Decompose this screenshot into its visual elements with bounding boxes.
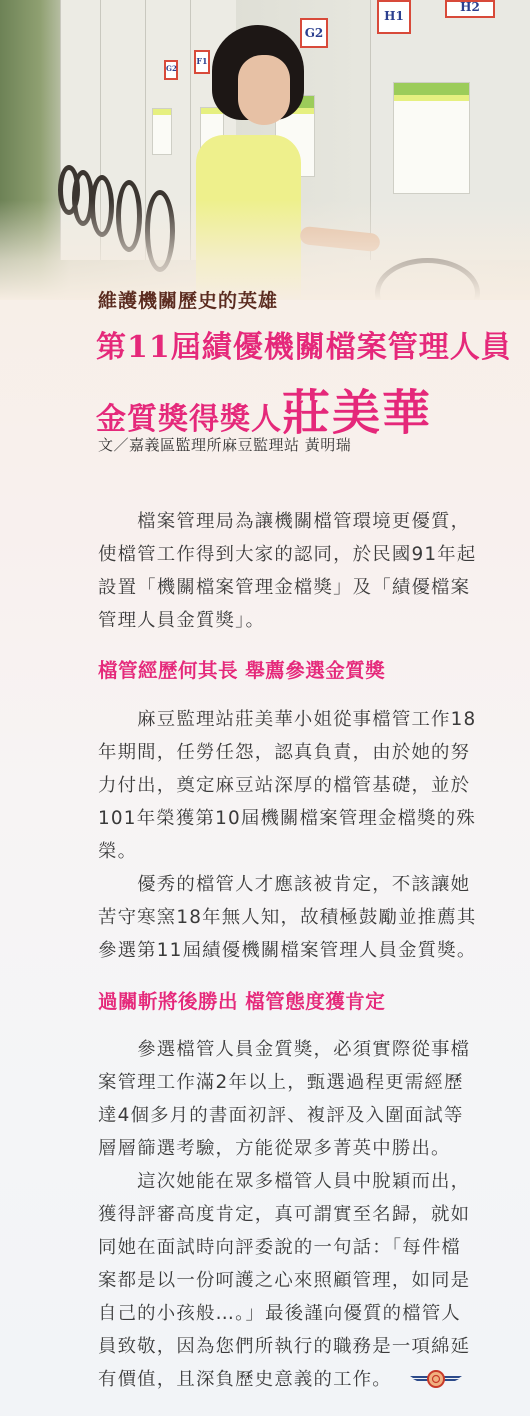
article-kicker: 維護機關歷史的英雄 (98, 286, 278, 313)
text-line: 員致敬，因為您們所執行的職務是一項綿延 (98, 1330, 508, 1363)
text-line: 案管理工作滿2年以上，甄選過程更需經歷 (98, 1066, 508, 1099)
text-line: 年期間，任勞任怨，認真負責，由於她的努 (98, 736, 508, 769)
text-line: 設置「機關檔案管理金檔獎」及「績優檔案 (98, 571, 508, 604)
wall-poster (152, 108, 172, 155)
text-line: 這次她能在眾多檔管人員中脫穎而出， (98, 1165, 508, 1198)
text-line: 自己的小孩般…。」最後謹向優質的檔管人 (98, 1297, 508, 1330)
article-title-line2: 金質獎得獎人莊美華 (96, 374, 432, 443)
text-line: 優秀的檔管人才應該被肯定，不該讓她 (98, 868, 508, 901)
person-face (238, 55, 290, 125)
text-line: 達4個多月的書面初評、複評及入圍面試等 (98, 1099, 508, 1132)
text-line: 同她在面試時向評委說的一句話：「每件檔 (98, 1231, 508, 1264)
title-prefix: 金質獎得獎人 (96, 402, 282, 437)
text-line: 層層篩選考驗，方能從眾多菁英中勝出。 (98, 1132, 508, 1165)
hero-photo: G2 H1 H2 F1 G2 (0, 0, 530, 300)
text-line: 力付出，奠定麻豆站深厚的檔管基礎，並於 (98, 769, 508, 802)
text-line: 案都是以一份呵護之心來照顧管理，如同是 (98, 1264, 508, 1297)
text-line: 參選第11屆績優機關檔案管理人員金質獎。 (98, 934, 508, 967)
text-line: 麻豆監理站莊美華小姐從事檔管工作18 (98, 703, 508, 736)
section-heading: 檔管經歷何其長 舉薦參選金質獎 (98, 655, 385, 683)
shelf-label: F1 (194, 50, 210, 74)
article-title-line1: 第11屆績優機關檔案管理人員 (96, 322, 512, 366)
shelf-label: H1 (377, 0, 411, 34)
winged-emblem-icon (410, 1369, 462, 1389)
text-line: 使檔管工作得到大家的認同，於民國91年起 (98, 538, 508, 571)
text-line: 檔案管理局為讓機關檔管環境更優質， (98, 505, 508, 538)
awardee-name: 莊美華 (282, 385, 432, 441)
section2-paragraph2: 這次她能在眾多檔管人員中脫穎而出， 獲得評審高度肯定，真可謂實至名歸，就如 同她… (98, 1165, 508, 1396)
byline: 文／嘉義區監理所麻豆監理站 黃明瑞 (98, 434, 351, 455)
shelf-label: G2 (300, 18, 328, 48)
text-line: 苦守寒窯18年無人知，故積極鼓勵並推薦其 (98, 901, 508, 934)
text-line: 管理人員金質獎」。 (98, 604, 508, 637)
photo-fade (0, 200, 530, 300)
text-line: 參選檔管人員金質獎，必須實際從事檔 (98, 1033, 508, 1066)
section-heading: 過關斬將後勝出 檔管態度獲肯定 (98, 986, 385, 1014)
wall-poster (393, 82, 470, 194)
section1-paragraph1: 麻豆監理站莊美華小姐從事檔管工作18 年期間，任勞任怨，認真負責，由於她的努 力… (98, 703, 508, 868)
intro-paragraph: 檔案管理局為讓機關檔管環境更優質， 使檔管工作得到大家的認同，於民國91年起 設… (98, 505, 508, 637)
text-line: 榮。 (98, 835, 508, 868)
text-line: 101年榮獲第10屆機關檔案管理金檔獎的殊 (98, 802, 508, 835)
section2-paragraph1: 參選檔管人員金質獎，必須實際從事檔 案管理工作滿2年以上，甄選過程更需經歷 達4… (98, 1033, 508, 1165)
section1-paragraph2: 優秀的檔管人才應該被肯定，不該讓她 苦守寒窯18年無人知，故積極鼓勵並推薦其 參… (98, 868, 508, 967)
text-line: 獲得評審高度肯定，真可謂實至名歸，就如 (98, 1198, 508, 1231)
shelf-label: H2 (445, 0, 495, 18)
shelf-label: G2 (164, 60, 178, 80)
